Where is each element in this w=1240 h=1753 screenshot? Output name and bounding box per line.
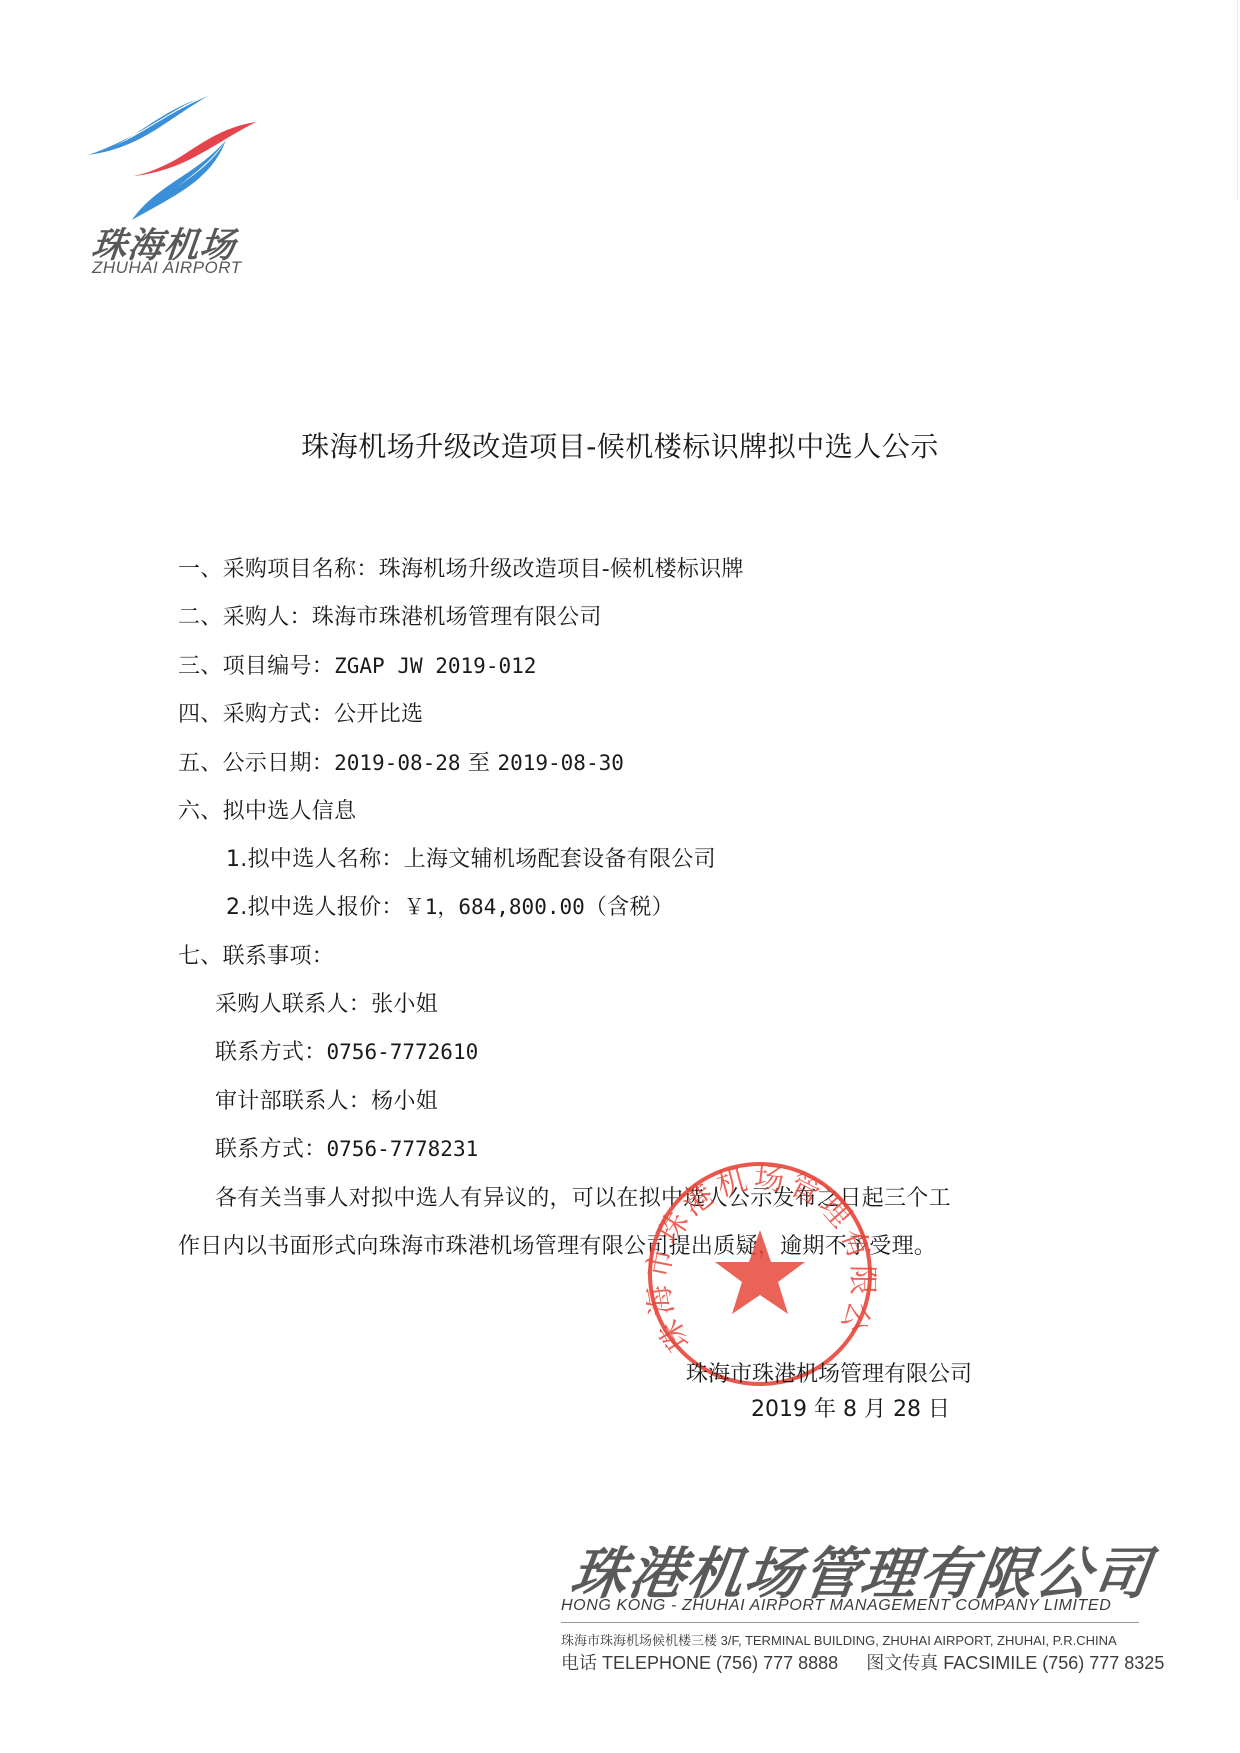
telephone-label: 电话 TELEPHONE [561,1653,711,1673]
candidate-name: 1.拟中选人名称：上海文辅机场配套设备有限公司 [226,842,716,873]
item-label: 五、公示日期： [178,751,334,776]
signature-date: 2019 年 8 月 28 日 [751,1392,950,1423]
buyer-phone-value: 0756-7772610 [327,1040,479,1064]
signature-company: 珠海市珠港机场管理有限公司 [686,1357,972,1388]
candidate-price-value: ￥1，684,800.00 [404,895,585,919]
zhuhai-airport-logo: 珠海机场 ZHUHAI AIRPORT [86,90,256,285]
buyer-contact: 采购人联系人：张小姐 [215,987,438,1018]
item-value: 公开比选 [334,702,423,727]
candidate-name-label: 1.拟中选人名称： [226,847,404,872]
footer-contact-numbers: 电话 TELEPHONE (756) 777 8888 图文传真 FACSIMI… [561,1649,1164,1675]
page-edge [1237,0,1238,200]
item-value: ZGAP JW 2019-012 [334,654,536,678]
audit-phone-label: 联系方式： [215,1137,327,1162]
buyer-phone: 联系方式：0756-7772610 [215,1035,478,1066]
candidate-price-label: 2.拟中选人报价： [226,895,404,920]
buyer-contact-label: 采购人联系人： [215,992,371,1017]
date-end: 2019-08-30 [497,751,623,775]
footer-company-name-en: HONG KONG - ZHUHAI AIRPORT MANAGEMENT CO… [561,1597,1111,1615]
fax-value: (756) 777 8325 [1042,1653,1164,1673]
item-publicity-dates: 五、公示日期：2019-08-28 至 2019-08-30 [178,746,624,777]
audit-contact: 审计部联系人：杨小姐 [215,1084,438,1115]
item-label: 一、采购项目名称： [178,557,379,582]
buyer-contact-value: 张小姐 [371,992,438,1017]
item-label: 四、采购方式： [178,702,334,727]
date-separator: 至 [468,751,490,776]
audit-phone: 联系方式：0756-7778231 [215,1132,478,1163]
item-purchaser: 二、采购人：珠海市珠港机场管理有限公司 [178,600,602,631]
item-label: 三、项目编号： [178,654,334,679]
item-label: 二、采购人： [178,605,312,630]
logo-name-en: ZHUHAI AIRPORT [92,258,242,278]
notice-line-1: 各有关当事人对拟中选人有异议的，可以在拟中选人公示发布之日起三个工 [215,1181,951,1212]
item-value: 珠海机场升级改造项目-候机楼标识牌 [379,557,744,582]
contact-heading: 七、联系事项： [178,939,334,970]
fax-label: 图文传真 FACSIMILE [866,1653,1037,1673]
candidate-name-value: 上海文辅机场配套设备有限公司 [404,847,716,872]
item-value: 珠海市珠港机场管理有限公司 [312,605,602,630]
footer-address: 珠海市珠海机场候机楼三楼 3/F, TERMINAL BUILDING, ZHU… [561,1630,1117,1649]
item-label: 六、拟中选人信息 [178,799,356,824]
item-candidate-info-heading: 六、拟中选人信息 [178,794,356,825]
date-start: 2019-08-28 [334,751,460,775]
item-project-number: 三、项目编号：ZGAP JW 2019-012 [178,649,536,680]
candidate-price: 2.拟中选人报价：￥1，684,800.00（含税） [226,890,674,921]
audit-contact-label: 审计部联系人： [215,1089,371,1114]
notice-line-2: 作日内以书面形式向珠海市珠港机场管理有限公司提出质疑，逾期不予受理。 [178,1229,936,1260]
airport-swoosh-logo-icon [86,90,256,220]
audit-contact-value: 杨小姐 [371,1089,438,1114]
document-title: 珠海机场升级改造项目-候机楼标识牌拟中选人公示 [0,425,1240,465]
candidate-price-note: （含税） [585,895,674,920]
telephone-value: (756) 777 8888 [716,1653,838,1673]
item-procurement-method: 四、采购方式：公开比选 [178,697,423,728]
item-project-name: 一、采购项目名称：珠海机场升级改造项目-候机楼标识牌 [178,552,744,583]
audit-phone-value: 0756-7778231 [327,1137,479,1161]
buyer-phone-label: 联系方式： [215,1040,327,1065]
footer-divider [561,1622,1139,1623]
